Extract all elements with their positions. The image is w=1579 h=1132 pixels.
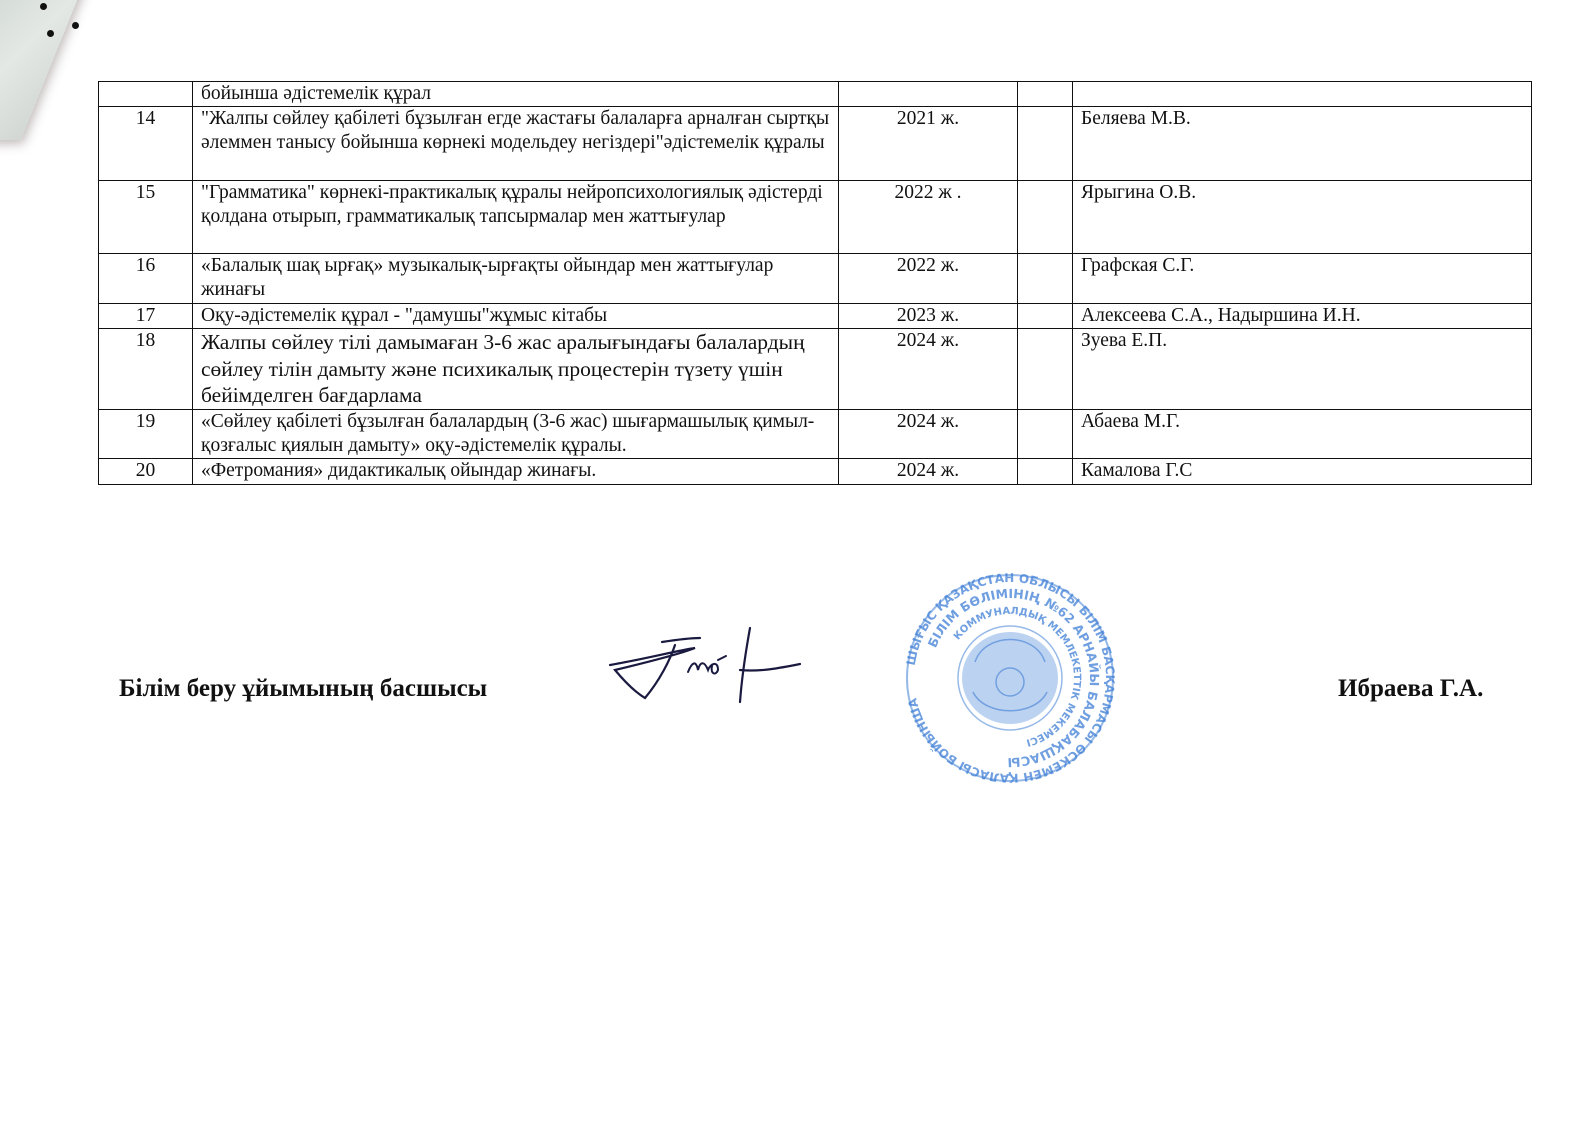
material-title: «Балалық шақ ырғақ» музыкалық-ырғақты ой… [193, 254, 839, 304]
table-row: 17Оқу-әдістемелік құрал - "дамушы"жұмыс … [99, 304, 1532, 329]
material-title: «Сөйлеу қабілеті бұзылған балалардың (3-… [193, 410, 839, 459]
table-row: 20«Фетромания» дидактикалық ойындар жина… [99, 459, 1532, 485]
scan-dot [47, 30, 54, 37]
table-row: 19«Сөйлеу қабілеті бұзылған балалардың (… [99, 410, 1532, 459]
material-title: бойынша әдістемелік құрал [193, 82, 839, 107]
table-row: бойынша әдістемелік құрал [99, 82, 1532, 107]
publication-year: 2022 ж. [839, 254, 1018, 304]
empty-cell [1018, 459, 1073, 485]
table-row: 16«Балалық шақ ырғақ» музыкалық-ырғақты … [99, 254, 1532, 304]
publication-year: 2024 ж. [839, 329, 1018, 410]
author-name: Ярыгина О.В. [1073, 181, 1532, 254]
empty-cell [1018, 329, 1073, 410]
material-title: «Фетромания» дидактикалық ойындар жинағы… [193, 459, 839, 485]
empty-cell [1018, 410, 1073, 459]
row-number [99, 82, 193, 107]
row-number: 16 [99, 254, 193, 304]
official-stamp-icon: ШЫҒЫС ҚАЗАҚСТАН ОБЛЫСЫ БІЛІМ БАСҚАРМАСЫ … [905, 572, 1115, 784]
table-row: 15"Грамматика" көрнекі-практикалық құрал… [99, 181, 1532, 254]
publication-year: 2023 ж. [839, 304, 1018, 329]
row-number: 14 [99, 107, 193, 181]
table-row: 14"Жалпы сөйлеу қабілеті бұзылған егде ж… [99, 107, 1532, 181]
material-title: "Грамматика" көрнекі-практикалық құралы … [193, 181, 839, 254]
author-name: Абаева М.Г. [1073, 410, 1532, 459]
author-name: Графская С.Г. [1073, 254, 1532, 304]
empty-cell [1018, 181, 1073, 254]
scan-dot [40, 3, 47, 10]
signature-icon [600, 620, 810, 710]
row-number: 18 [99, 329, 193, 410]
material-title: "Жалпы сөйлеу қабілеті бұзылған егде жас… [193, 107, 839, 181]
material-title: Жалпы сөйлеу тілі дамымаған 3-6 жас арал… [193, 329, 839, 410]
page-corner-shadow [0, 0, 89, 140]
table-row: 18Жалпы сөйлеу тілі дамымаған 3-6 жас ар… [99, 329, 1532, 410]
publication-year: 2022 ж . [839, 181, 1018, 254]
scan-dot [72, 22, 79, 29]
author-name: Зуева Е.П. [1073, 329, 1532, 410]
position-label: Білім беру ұйымының басшысы [119, 675, 487, 703]
author-name: Беляева М.В. [1073, 107, 1532, 181]
row-number: 20 [99, 459, 193, 485]
empty-cell [1018, 107, 1073, 181]
material-title: Оқу-әдістемелік құрал - "дамушы"жұмыс кі… [193, 304, 839, 329]
empty-cell [1018, 304, 1073, 329]
row-number: 19 [99, 410, 193, 459]
publication-year: 2021 ж. [839, 107, 1018, 181]
publication-year: 2024 ж. [839, 410, 1018, 459]
row-number: 17 [99, 304, 193, 329]
author-name: Алексеева С.А., Надыршина И.Н. [1073, 304, 1532, 329]
publication-year [839, 82, 1018, 107]
author-name: Камалова Г.С [1073, 459, 1532, 485]
empty-cell [1018, 82, 1073, 107]
empty-cell [1018, 254, 1073, 304]
author-name [1073, 82, 1532, 107]
publication-year: 2024 ж. [839, 459, 1018, 485]
methodical-materials-table: бойынша әдістемелік құрал14"Жалпы сөйлеу… [98, 81, 1532, 485]
signer-name: Ибраева Г.А. [1338, 675, 1483, 703]
row-number: 15 [99, 181, 193, 254]
